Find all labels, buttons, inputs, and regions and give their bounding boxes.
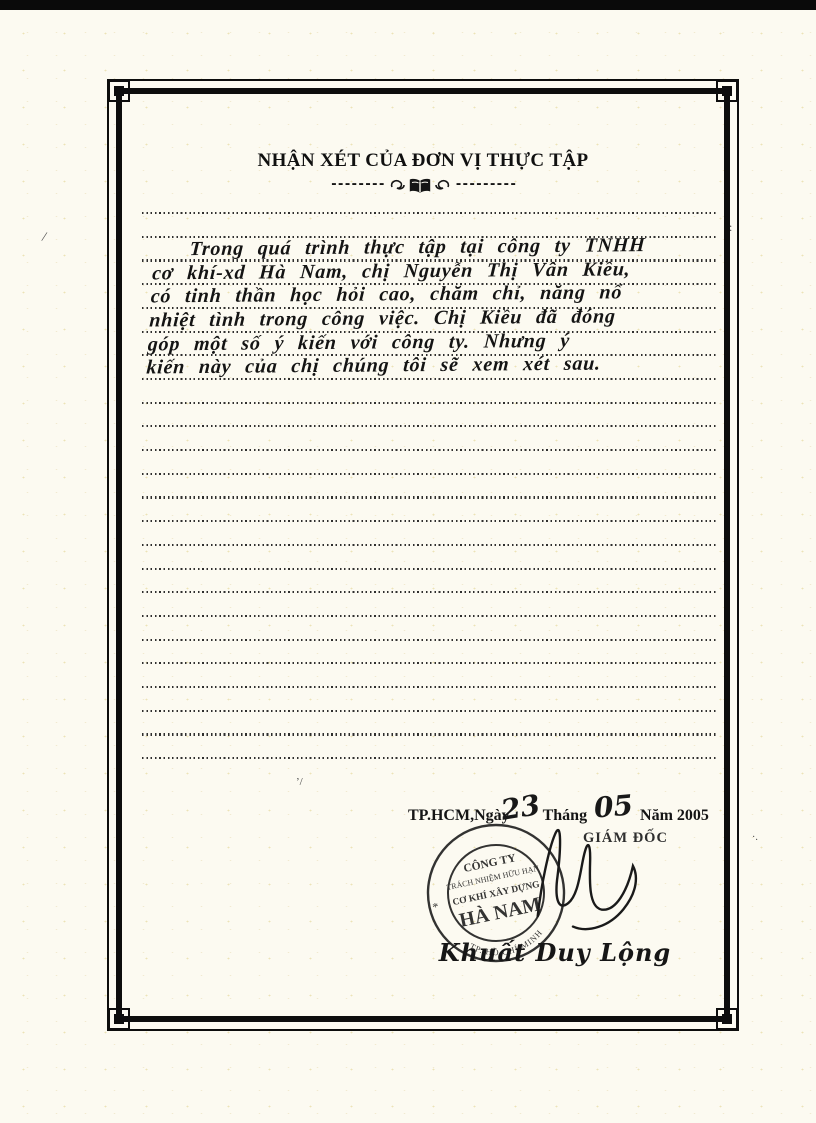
divider-ornament <box>388 177 452 195</box>
handwritten-evaluation: Trong quá trình thực tập tại công ty TNH… <box>146 233 721 380</box>
page-title: NHẬN XÉT CỦA ĐƠN VỊ THỰC TẬP <box>112 150 734 172</box>
ruled-line <box>142 710 716 712</box>
ruled-line <box>142 733 716 735</box>
scan-speck: : <box>729 220 732 235</box>
stamp-star: * <box>431 899 440 914</box>
ruled-line <box>142 544 716 546</box>
ruled-line <box>142 496 716 498</box>
divider-dashes-left: -------- <box>330 178 385 191</box>
ruled-line <box>142 425 716 427</box>
ruled-line <box>142 686 716 688</box>
ruled-line <box>142 568 716 570</box>
ruled-line <box>142 757 716 759</box>
ruled-line <box>142 473 716 475</box>
scan-speck: ·. <box>752 832 758 843</box>
ruled-line <box>142 449 716 451</box>
ruled-line <box>142 615 716 617</box>
handwritten-line: kiến này của chị chúng tôi sẽ xem xét sa… <box>146 352 713 381</box>
ruled-line <box>142 520 716 522</box>
divider-dashes-right: --------- <box>455 178 516 191</box>
title-divider: -------- --------- <box>112 175 734 197</box>
ruled-line <box>142 639 716 641</box>
ruled-line <box>142 662 716 664</box>
ruled-line <box>142 591 716 593</box>
scan-speck: ’/ <box>296 776 303 788</box>
handwritten-signature <box>520 818 670 943</box>
ruled-line <box>142 212 716 214</box>
open-book-icon <box>409 179 429 193</box>
left-fleuron-icon <box>391 181 403 189</box>
signer-name: Khuất Duy Lộng <box>425 938 685 967</box>
handwritten-line: Trong quá trình thực tập tại công ty TNH… <box>153 233 720 262</box>
ruled-line <box>142 402 716 404</box>
right-fleuron-icon <box>436 181 448 189</box>
